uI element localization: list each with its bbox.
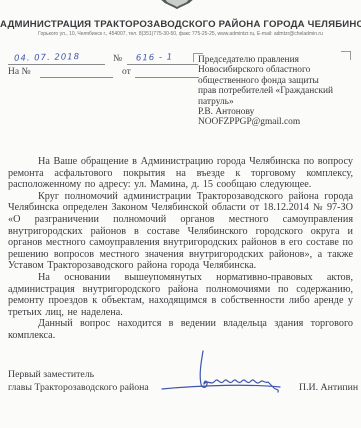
recipient-line: общественного фонда защиты <box>198 76 350 86</box>
handwritten-number: 616 - 1 <box>136 53 173 64</box>
number-sign-label: № <box>113 54 122 64</box>
recipient-line: Новосибирского областного <box>198 65 350 75</box>
incoming-number-underline <box>40 67 113 78</box>
recipient-line: патруль» <box>198 97 350 107</box>
scanned-letter-page: АДМИНИСТРАЦИЯ ТРАКТОРОЗАВОДСКОГО РАЙОНА … <box>0 0 361 428</box>
recipient-line: прав потребителей «Гражданский <box>198 86 350 96</box>
letterhead-contact-line: Горького ул., 10, Челябинск г., 454007, … <box>0 31 361 37</box>
body-paragraph: Данный вопрос находится в ведении владел… <box>8 318 353 341</box>
recipient-email: NOOFZPPGP@gmail.com <box>198 117 350 127</box>
coat-of-arms-icon <box>161 0 193 9</box>
letterhead-title: АДМИНИСТРАЦИЯ ТРАКТОРОЗАВОДСКОГО РАЙОНА … <box>0 19 361 30</box>
signer-position-line2: главы Тракторозаводского района <box>8 382 149 393</box>
from-label: от <box>122 67 131 77</box>
handwritten-signature <box>158 347 296 401</box>
signer-position-line1: Первый заместитель <box>8 369 94 380</box>
signer-name: П.И. Антипин <box>299 382 358 393</box>
incoming-number-label: На № <box>8 67 31 77</box>
body-paragraph: На Ваше обращение в Администрацию города… <box>8 156 353 191</box>
from-date-underline <box>135 67 199 78</box>
recipient-block: Председателю правления Новосибирского об… <box>198 55 350 128</box>
recipient-line: Председателю правления <box>198 55 350 65</box>
recipient-line: Р.В. Антонову <box>198 107 350 117</box>
body-paragraph: Круг полномочий администрации Трактороза… <box>8 191 353 272</box>
letter-body: На Ваше обращение в Администрацию города… <box>8 156 353 342</box>
handwritten-date: 04. 07. 2018 <box>14 52 80 64</box>
body-paragraph: На основании вышеупомянутых нормативно-п… <box>8 272 353 318</box>
